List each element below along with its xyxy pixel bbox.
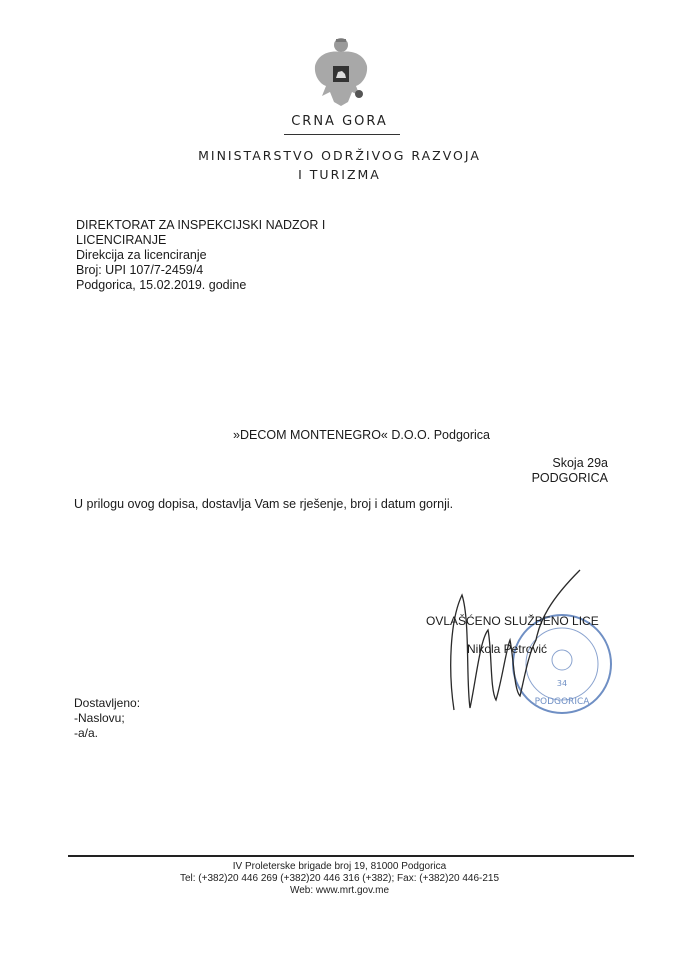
letter-body: U prilogu ovog dopisa, dostavlja Vam se …	[74, 497, 453, 511]
coat-of-arms-icon	[312, 36, 370, 108]
official-name: Nikola Petrović	[467, 642, 547, 656]
recipient-city: PODGORICA	[532, 471, 608, 486]
delivered-item: -Naslovu;	[74, 711, 140, 726]
place-date: Podgorica, 15.02.2019. godine	[76, 278, 325, 293]
directorate-line-2: LICENCIRANJE	[76, 233, 325, 248]
footer-web-link[interactable]: Web: www.mrt.gov.me	[0, 885, 679, 897]
delivered-item: -a/a.	[74, 726, 140, 741]
country-name: CRNA GORA	[0, 114, 679, 129]
ministry-line-2: I TURIZMA	[0, 165, 679, 184]
sender-block: DIREKTORAT ZA INSPEKCIJSKI NADZOR I LICE…	[76, 218, 325, 293]
footer-contacts: Tel: (+382)20 446 269 (+382)20 446 316 (…	[0, 873, 679, 885]
directorate-line-1: DIREKTORAT ZA INSPEKCIJSKI NADZOR I	[76, 218, 325, 233]
footer: IV Proleterske brigade broj 19, 81000 Po…	[0, 861, 679, 897]
recipient-street: Skoja 29a	[532, 456, 608, 471]
header-divider	[284, 134, 400, 135]
ministry-name: MINISTARSTVO ODRŽIVOG RAZVOJA I TURIZMA	[0, 146, 679, 184]
footer-address: IV Proleterske brigade broj 19, 81000 Po…	[0, 861, 679, 873]
recipient-address: Skoja 29a PODGORICA	[532, 456, 608, 486]
delivered-list: Dostavljeno: -Naslovu; -a/a.	[74, 696, 140, 741]
reference-number: Broj: UPI 107/7-2459/4	[76, 263, 325, 278]
delivered-label: Dostavljeno:	[74, 696, 140, 711]
footer-divider	[68, 855, 634, 857]
department: Direkcija za licenciranje	[76, 248, 325, 263]
handwritten-signature-icon	[440, 560, 600, 720]
recipient-name: »DECOM MONTENEGRO« D.O.O. Podgorica	[233, 428, 490, 442]
ministry-line-1: MINISTARSTVO ODRŽIVOG RAZVOJA	[0, 146, 679, 165]
official-title: OVLAŠĆENO SLUŽBENO LICE	[426, 614, 599, 628]
